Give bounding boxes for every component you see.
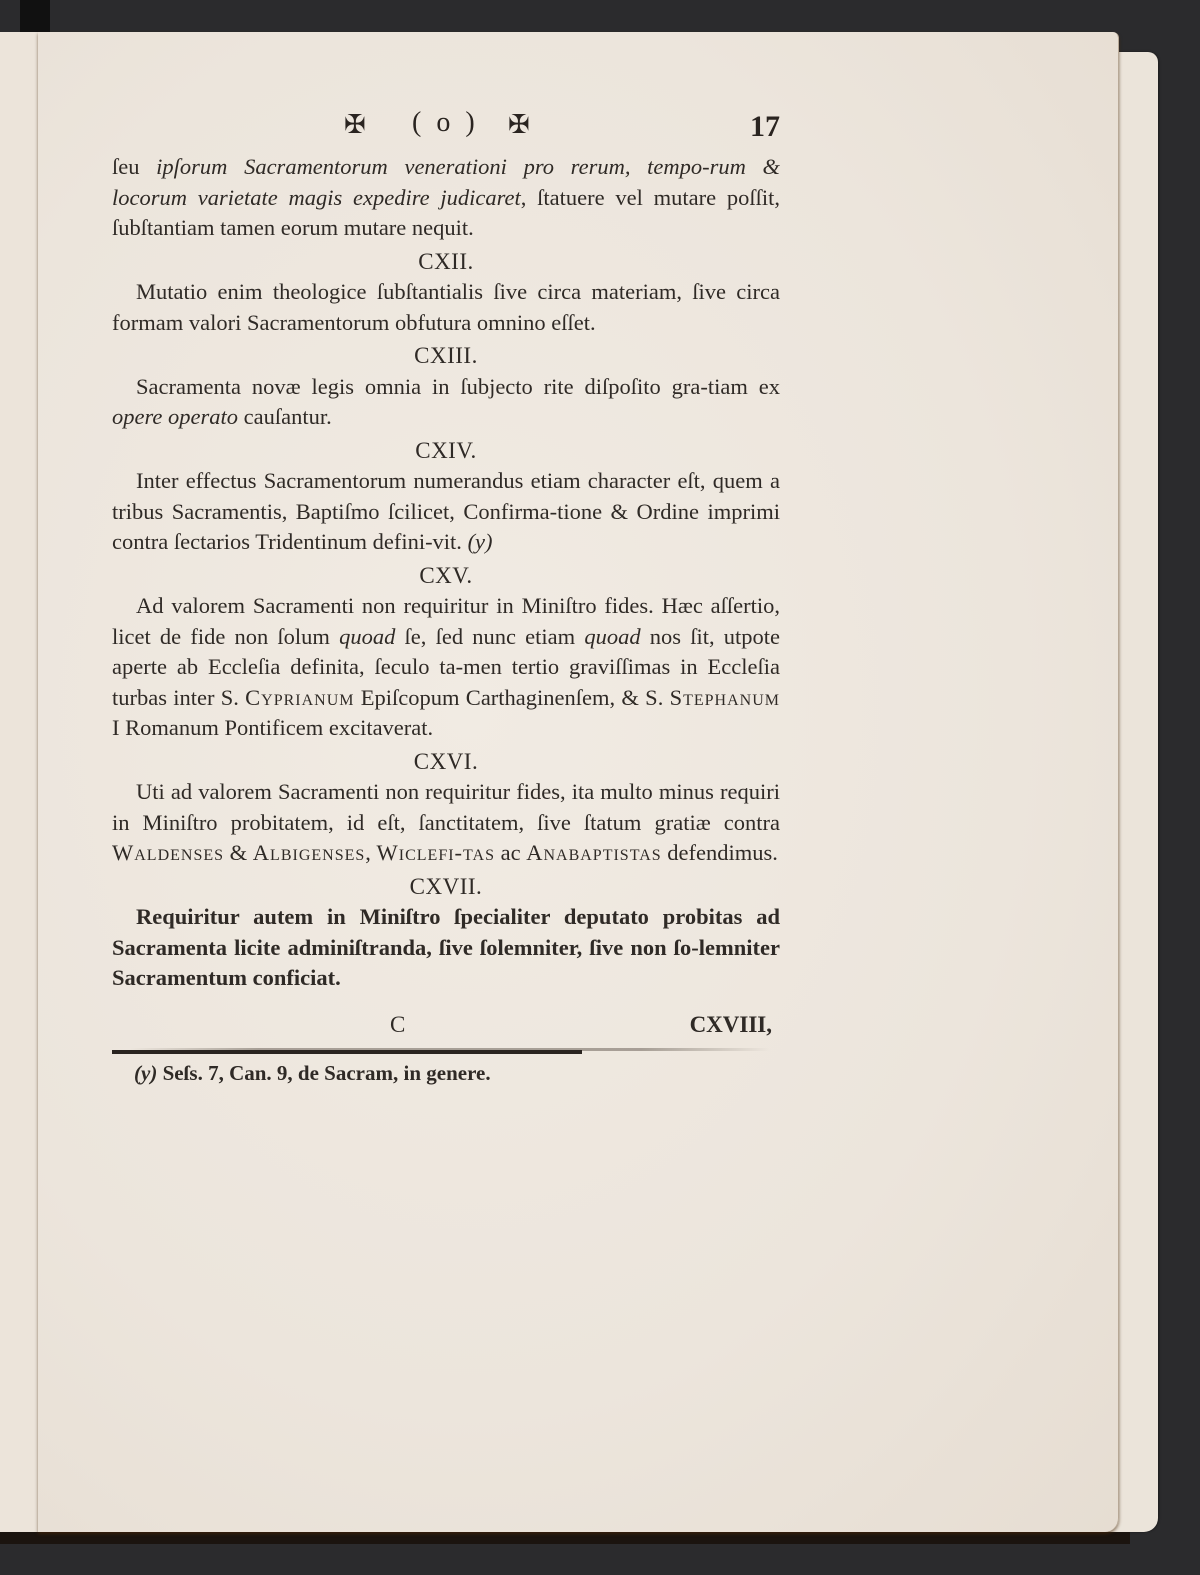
paragraph: Requiritur autem in Miniſtro ſpecialiter… xyxy=(112,902,780,994)
running-header: ✠ ( o ) ✠ 17 xyxy=(112,100,780,152)
text-run: Waldenses xyxy=(112,840,224,865)
text-run: Albigenses xyxy=(253,840,365,865)
page-text-block: ✠ ( o ) ✠ 17 ſeu ipſorum Sacramentorum v… xyxy=(112,100,780,1088)
text-run: Requiritur autem in Miniſtro ſpecialiter… xyxy=(112,904,780,990)
text-run: Mutatio enim theologice ſubſtantialis ſi… xyxy=(112,279,780,335)
footnote-marker: (y) xyxy=(134,1061,157,1085)
paragraph: Uti ad valorem Sacramenti non requiritur… xyxy=(112,777,780,869)
text-run: I Romanum Pontificem excitaverat. xyxy=(112,715,433,740)
section-numeral: CXII. xyxy=(112,247,780,278)
paragraph: Mutatio enim theologice ſubſtantialis ſi… xyxy=(112,277,780,338)
text-run: opere operato xyxy=(112,404,238,429)
text-run: Inter effectus Sacramentorum numerandus … xyxy=(112,468,780,554)
catchword: CXVIII, xyxy=(690,1010,772,1041)
catch-row: C CXVIII, xyxy=(112,1006,780,1046)
binding-strip xyxy=(20,0,50,34)
text-run: Uti ad valorem Sacramenti non requiritur… xyxy=(112,779,780,835)
facing-page-edge xyxy=(0,32,39,1537)
text-run: cauſantur. xyxy=(238,404,332,429)
text-run: ſeu xyxy=(112,154,156,179)
text-run: Sacramenta novæ legis omnia in ſubjecto … xyxy=(136,374,780,399)
text-run: quoad xyxy=(584,624,640,649)
text-run: Anabaptistas xyxy=(526,840,661,865)
section-numeral: CXVII. xyxy=(112,872,780,903)
text-run: , xyxy=(365,840,376,865)
text-run: Cyprianum xyxy=(245,685,354,710)
text-run: ac xyxy=(495,840,526,865)
page-shadow xyxy=(0,1532,1130,1544)
paragraph: Inter effectus Sacramentorum numerandus … xyxy=(112,466,780,558)
section-numeral: CXIV. xyxy=(112,436,780,467)
page-number: 17 xyxy=(750,112,780,143)
text-run: Wiclefi-tas xyxy=(377,840,495,865)
section-numeral: CXVI. xyxy=(112,747,780,778)
paragraph-list: ſeu ipſorum Sacramentorum venerationi pr… xyxy=(112,152,780,994)
signature-mark: C xyxy=(390,1010,405,1041)
text-run: Epiſcopum Carthaginenſem, & S. xyxy=(355,685,670,710)
footnote: (y) Seſs. 7, Can. 9, de Sacram, in gener… xyxy=(112,1058,780,1089)
footnote-text: Seſs. 7, Can. 9, de Sacram, in genere. xyxy=(157,1061,490,1085)
text-run: quoad xyxy=(339,624,395,649)
paragraph: ſeu ipſorum Sacramentorum venerationi pr… xyxy=(112,152,780,244)
section-numeral: CXIII. xyxy=(112,341,780,372)
cross-ornament-icon: ✠ xyxy=(508,110,530,141)
section-numeral: CXV. xyxy=(112,561,780,592)
text-run: Stephanum xyxy=(670,685,780,710)
text-run: ſe, ſed nunc etiam xyxy=(395,624,584,649)
text-run: & xyxy=(224,840,253,865)
paragraph: Sacramenta novæ legis omnia in ſubjecto … xyxy=(112,372,780,433)
footnote-rule xyxy=(112,1050,582,1054)
text-run: defendimus. xyxy=(662,840,778,865)
paragraph: Ad valorem Sacramenti non requiritur in … xyxy=(112,591,780,744)
cross-ornament-icon: ✠ xyxy=(344,110,366,141)
text-run: (y) xyxy=(468,529,493,554)
header-signature: ( o ) xyxy=(412,108,479,139)
